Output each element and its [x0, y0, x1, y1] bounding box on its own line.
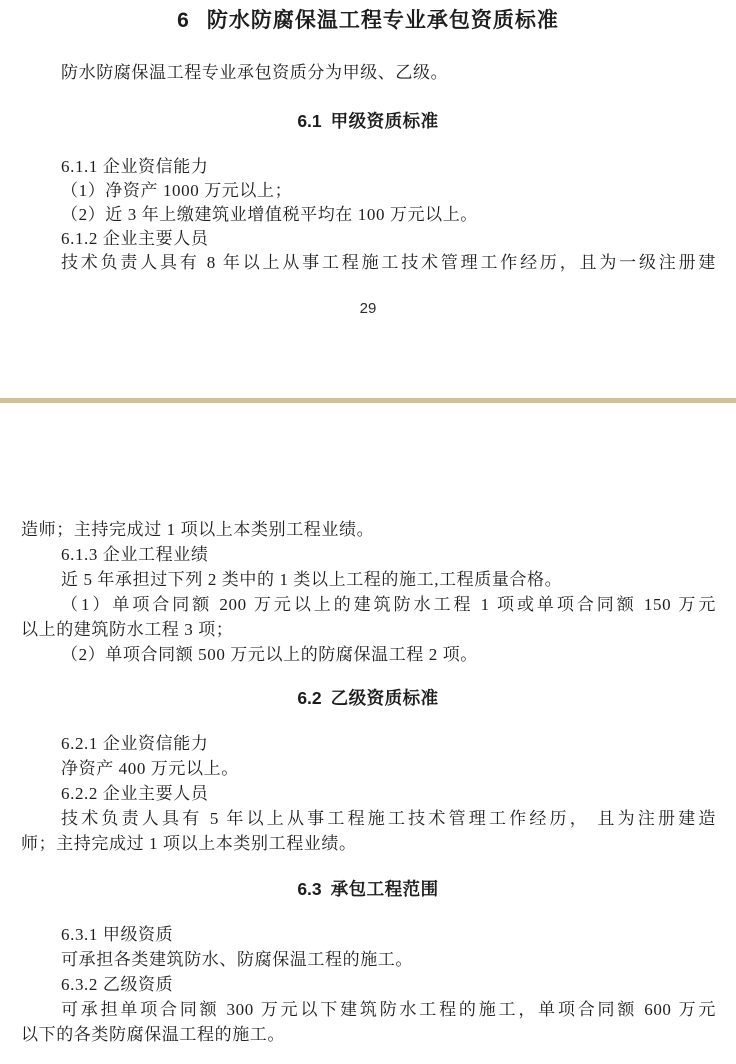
chapter-heading: 6防水防腐保温工程专业承包资质标准 [0, 8, 736, 34]
section-6-3-title: 承包工程范围 [331, 879, 439, 899]
body-line: 6.3.1 甲级资质 [21, 922, 716, 947]
body-line: 以下的各类防腐保温工程的施工。 [21, 1022, 716, 1047]
section-6-1-title: 甲级资质标准 [331, 111, 439, 131]
section-6-2-title: 乙级资质标准 [331, 688, 439, 708]
body-line: 近 5 年承担过下列 2 类中的 1 类以上工程的施工,工程质量合格。 [21, 567, 716, 592]
body-line: （1）单项合同额 200 万元以上的建筑防水工程 1 项或单项合同额 150 万… [21, 592, 716, 617]
chapter-title: 防水防腐保温工程专业承包资质标准 [207, 9, 559, 32]
section-6-3-body: 6.3.1 甲级资质 可承担各类建筑防水、防腐保温工程的施工。 6.3.2 乙级… [21, 922, 716, 1047]
section-6-2-number: 6.2 [297, 688, 321, 708]
body-line: （1）净资产 1000 万元以上； [21, 179, 716, 203]
body-line: （2）单项合同额 500 万元以上的防腐保温工程 2 项。 [21, 642, 716, 667]
section-heading-6-3: 6.3承包工程范围 [0, 877, 736, 901]
body-line: 6.1.2 企业主要人员 [21, 227, 716, 251]
section-6-1-body: 6.1.1 企业资信能力 （1）净资产 1000 万元以上； （2）近 3 年上… [21, 155, 716, 275]
body-line: 可承担单项合同额 300 万元以下建筑防水工程的施工，单项合同额 600 万元 [21, 997, 716, 1022]
section-heading-6-1: 6.1甲级资质标准 [0, 109, 736, 133]
body-line: 6.3.2 乙级资质 [21, 972, 716, 997]
body-line: 可承担各类建筑防水、防腐保温工程的施工。 [21, 947, 716, 972]
page-number: 29 [0, 300, 736, 318]
intro-paragraph: 防水防腐保温工程专业承包资质分为甲级、乙级。 [21, 61, 716, 85]
body-line: 技术负责人具有 5 年以上从事工程施工技术管理工作经历， 且为注册建造 [21, 806, 716, 831]
body-line: 6.2.2 企业主要人员 [21, 781, 716, 806]
chapter-number: 6 [177, 9, 189, 32]
document-viewer: { "document": { "text_color": "#1d1d1d",… [0, 0, 736, 1064]
body-line: 净资产 400 万元以上。 [21, 756, 716, 781]
body-line: 6.1.3 企业工程业绩 [21, 542, 716, 567]
body-line: 技术负责人具有 8 年以上从事工程施工技术管理工作经历，且为一级注册建 [21, 251, 716, 275]
page-divider [0, 398, 736, 403]
section-6-3-number: 6.3 [297, 879, 321, 899]
section-6-2-body: 6.2.1 企业资信能力 净资产 400 万元以上。 6.2.2 企业主要人员 … [21, 731, 716, 856]
body-line: （2）近 3 年上缴建筑业增值税平均在 100 万元以上。 [21, 203, 716, 227]
section-6-1-body-continued: 造师；主持完成过 1 项以上本类别工程业绩。 6.1.3 企业工程业绩 近 5 … [21, 517, 716, 667]
section-heading-6-2: 6.2乙级资质标准 [0, 686, 736, 710]
body-line: 6.2.1 企业资信能力 [21, 731, 716, 756]
body-line: 以上的建筑防水工程 3 项； [21, 617, 716, 642]
section-6-1-number: 6.1 [297, 111, 321, 131]
body-line: 6.1.1 企业资信能力 [21, 155, 716, 179]
body-line: 造师；主持完成过 1 项以上本类别工程业绩。 [21, 517, 716, 542]
body-line: 师；主持完成过 1 项以上本类别工程业绩。 [21, 831, 716, 856]
